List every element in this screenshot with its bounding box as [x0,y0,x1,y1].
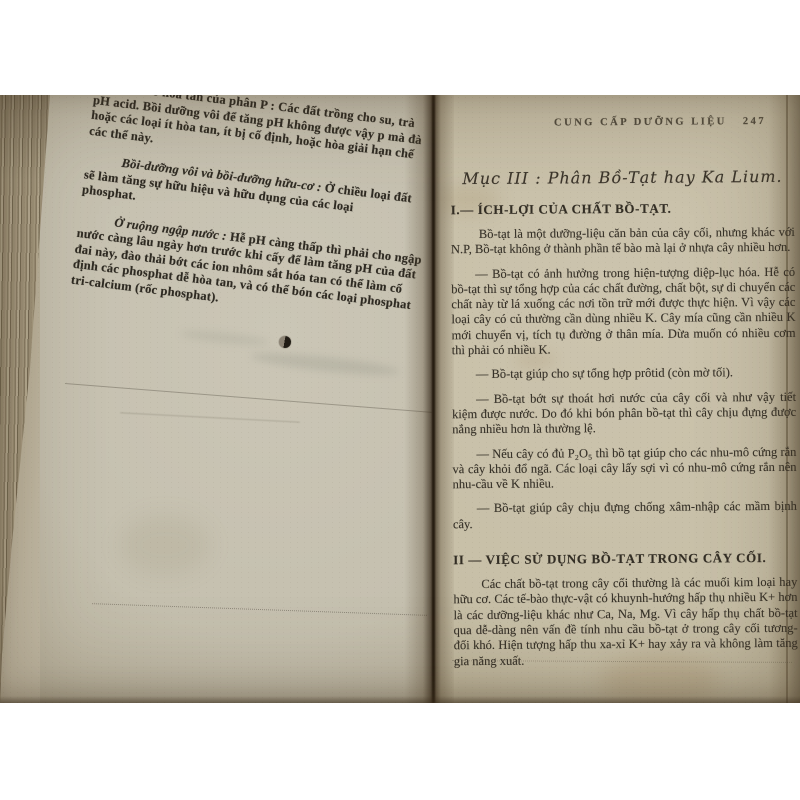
running-header-title: CUNG CẤP DƯỠNG LIỆU [554,116,727,128]
chapter-heading: Mục III : Phân Bồ-Tạt hay Ka Lium. [450,167,794,188]
body-paragraph: — Bồ-tạt có ảnh hưởng trong hiện-tượng d… [451,264,796,358]
gutter-core-line [432,95,435,703]
body-paragraph: — Bồ-tạt giúp cây chịu đựng chống xâm-nh… [453,499,797,532]
left-page-text: ồ hòa tan của phân P : Các đất trồng cho… [70,95,435,329]
body-paragraph: — Nếu cây có đủ P₂O₅ thì bồ tạt giúp cho… [452,444,796,492]
section-1-heading: I.— ÍCH-LỢI CỦA CHẤT BỒ-TẠT. [451,200,795,218]
ink-dot [279,336,291,348]
body-paragraph: — Bồ-tạt bớt sự thoát hơi nước của cây c… [452,389,796,437]
page-number: 247 [743,116,766,127]
body-paragraph: Bồ-tạt là một dưỡng-liệu căn bản của cây… [451,225,795,258]
gutter-shadow [404,95,454,703]
right-page-text: CUNG CẤP DƯỠNG LIỆU 247 Mục III : Phân B… [450,116,798,669]
running-header: CUNG CẤP DƯỠNG LIỆU 247 [450,116,794,129]
book-bottom-edge-shadow [0,696,800,703]
paper-stain [120,515,210,575]
book-photo: ồ hòa tan của phân P : Các đất trồng cho… [0,95,800,703]
body-paragraph: — Bồ-tạt giúp cho sự tổng hợp prôtid (cò… [452,365,796,383]
body-paragraph: Các chất bồ-tạt trong cây cối thường là … [453,575,798,669]
section-2-heading: II — VIỆC SỬ DỤNG BỒ-TẠT TRONG CÂY CỐI. [453,550,797,568]
